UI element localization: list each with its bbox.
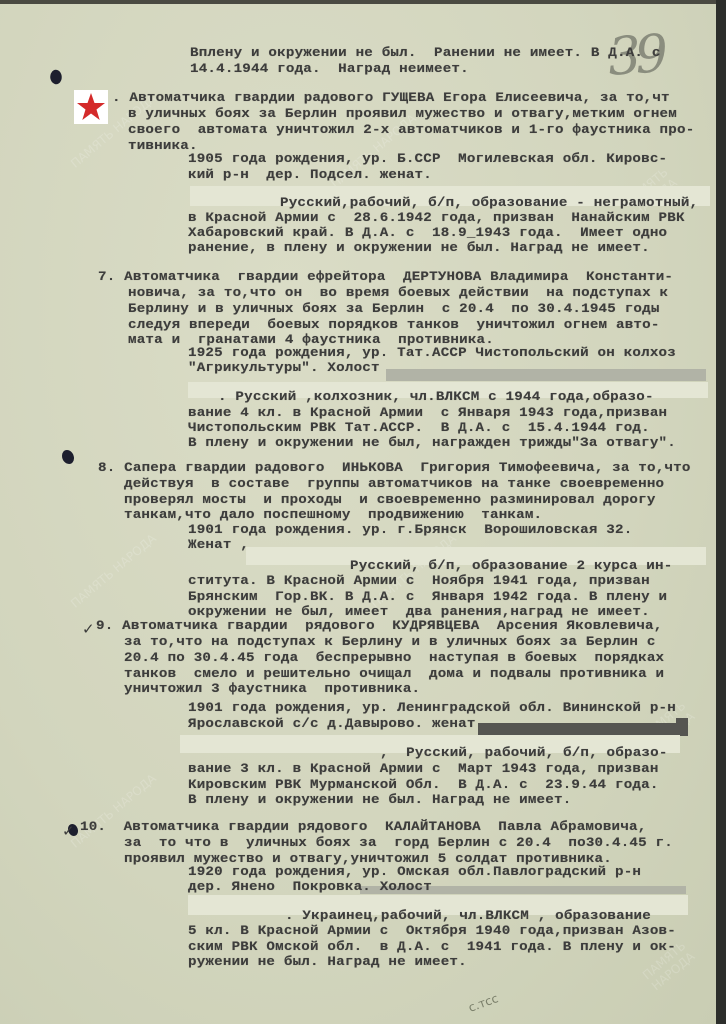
text-line: 1920 года рождения, ур. Омская обл.Павло… — [188, 865, 641, 880]
text-line: ститута. В Красной Армии с Ноября 1941 г… — [188, 574, 650, 589]
pencil-mark: с.тсс — [467, 991, 501, 1015]
text-line: . Украинец,рабочий, чл.ВЛКСМ , образован… — [285, 909, 651, 924]
checkmark-icon: ✓ — [62, 822, 75, 840]
text-line: 1901 года рождения. ур. г.Брянск Ворошил… — [188, 523, 632, 538]
text-line: дер. Янено Покровка. Холост — [188, 880, 432, 895]
text-line: танков смело и решительно очищал дома и … — [124, 667, 664, 682]
text-line: окружении не был, имеет два ранения,нагр… — [188, 605, 650, 620]
redaction-bar — [676, 718, 688, 736]
text-line: Вплену и окружении не был. Ранении не им… — [190, 46, 661, 61]
text-line: в Красной Армии с 28.6.1942 года, призва… — [188, 211, 685, 226]
text-line: Брянским Гор.ВК. В Д.А. с Января 1942 го… — [188, 590, 667, 605]
text-line: за то,что на подступах к Берлину и в ули… — [124, 635, 656, 650]
text-line: уничтожил 3 фаустника противника. — [124, 682, 420, 697]
text-line: 1925 года рождения, ур. Тат.АССР Чистопо… — [188, 346, 676, 361]
text-line: своего автомата уничтожил 2-х автоматчик… — [128, 123, 694, 138]
text-line: ранение, в плену и окружении не был. Наг… — [188, 241, 650, 256]
text-line: танкам,что дало поспешному продвижению т… — [124, 508, 542, 523]
text-line: "Агрикультуры". Холост — [188, 361, 380, 376]
text-line: в уличных боях за Берлин проявил мужеств… — [128, 107, 677, 122]
text-line: Кировским РВК Мурманской Обл. В Д.А. с 2… — [188, 778, 659, 793]
document-page: ПАМЯТЬ НАРОДА ПАМЯТЬ НАРОДА ПАМЯТЬ НАРОД… — [0, 4, 718, 1024]
text-line: . Автоматчика гвардии радового ГУЩЕВА Ег… — [112, 91, 670, 106]
text-line: 8. Сапера гвардии радового ИНЬКОВА Григо… — [98, 461, 691, 476]
text-line: 1905 года рождения, ур. Б.ССР Могилевска… — [188, 152, 667, 167]
text-line: вание 4 кл. в Красной Армии с Января 194… — [188, 406, 667, 421]
redaction-bar — [386, 369, 706, 381]
punch-hole — [48, 68, 64, 85]
checkmark-icon: ✓ — [82, 620, 95, 638]
text-line: 5 кл. В Красной Армии с Октября 1940 год… — [188, 924, 676, 939]
text-line: следуя впереди боевых порядков танков ун… — [128, 318, 660, 333]
text-line: ским РВК Омской обл. в Д.А. с 1941 года.… — [188, 940, 676, 955]
text-line: действуя в составе группы автоматчиков н… — [124, 477, 664, 492]
text-line: 1901 года рождения, ур. Ленинградской об… — [188, 701, 676, 716]
text-line: 9. Автоматчика гвардии рядового КУДРЯВЦЕ… — [96, 619, 662, 634]
text-line: Чистопольским РВК Тат.АССР. В Д.А. с 15.… — [188, 421, 650, 436]
text-line: , Русский, рабочий, б/п, образо- — [380, 746, 668, 761]
text-line: ружении не был. Наград не имеет. — [188, 955, 467, 970]
text-line: Ярославской с/с д.Давырово. женат — [188, 717, 476, 732]
text-line: 7. Автоматчика гвардии ефрейтора ДЕРТУНО… — [98, 270, 673, 285]
text-line: кий р-н дер. Подсел. женат. — [188, 168, 432, 183]
text-line: вание 3 кл. в Красной Армии с Март 1943 … — [188, 762, 659, 777]
text-line: Русский,рабочий, б/п, образование - негр… — [280, 196, 698, 211]
text-line: за то что в уличных боях за горд Берлин … — [124, 836, 673, 851]
text-line: проверял мосты и проходы и своевременно … — [124, 493, 656, 508]
red-star-icon — [74, 90, 108, 124]
text-line: . Русский ,колхозник, чл.ВЛКСМ с 1944 го… — [218, 390, 654, 405]
text-line: Берлину и в уличных боях за Берлин с 20.… — [128, 302, 660, 317]
punch-hole — [62, 450, 74, 464]
text-line: 20.4 по 30.4.45 года беспрерывно наступа… — [124, 651, 664, 666]
text-line: Русский, б/п, образование 2 курса ин- — [350, 559, 672, 574]
text-line: новича, за то,что он во время боевых дей… — [128, 286, 668, 301]
text-line: 14.4.1944 года. Наград неимеет. — [190, 62, 469, 77]
watermark: ПАМЯТЬ НАРОДА — [68, 531, 159, 610]
text-line: Женат , — [188, 538, 249, 553]
text-line: В плену и окружении не был, награжден тр… — [188, 436, 676, 451]
right-edge — [716, 0, 726, 1024]
text-line: В плену и окружении не был. Наград не им… — [188, 793, 571, 808]
redaction-bar — [478, 723, 688, 735]
text-line: Хабаровский край. В Д.А. с 18.9_1943 год… — [188, 226, 667, 241]
text-line: 10. Автоматчика гвардии рядового КАЛАЙТА… — [80, 820, 646, 835]
